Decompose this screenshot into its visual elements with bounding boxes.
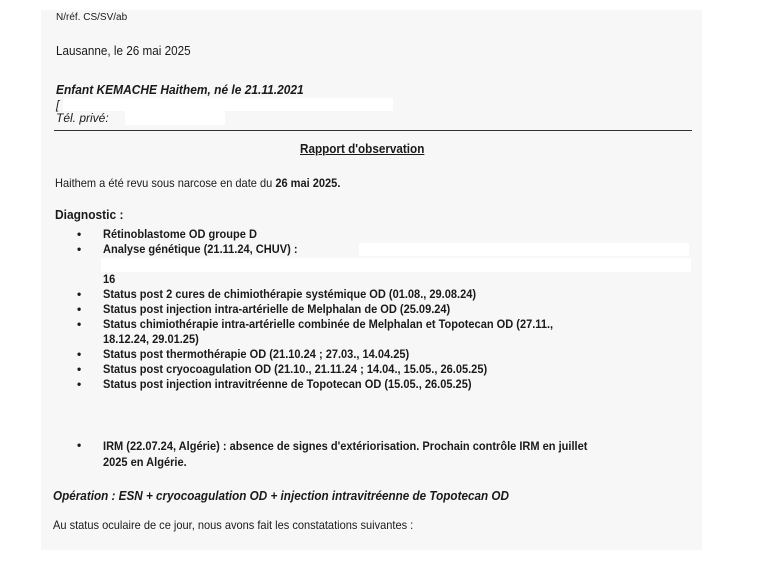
diagnostic-item: •Status post cryocoagulation OD (21.10.,…	[41, 362, 681, 377]
address-line: [	[56, 98, 59, 112]
diagnostic-heading: Diagnostic :	[55, 207, 123, 222]
intro-line: Haithem a été revu sous narcose en date …	[55, 176, 340, 190]
diagnostic-item-text: Rétinoblastome OD groupe D	[103, 227, 257, 242]
bullet-icon: •	[77, 302, 81, 317]
irm-line-1: IRM (22.07.24, Algérie) : absence de sig…	[103, 438, 587, 454]
bullet-icon: •	[77, 377, 81, 392]
diagnostic-item-text: Analyse génétique (21.11.24, CHUV) :	[103, 242, 297, 257]
intro-text: Haithem a été revu sous narcose en date …	[55, 176, 275, 190]
redaction-address	[63, 98, 393, 111]
diagnostic-item-text: Status post 2 cures de chimiothérapie sy…	[103, 287, 476, 302]
bullet-icon: •	[77, 347, 81, 362]
diagnostic-item-text: Status post cryocoagulation OD (21.10., …	[103, 362, 487, 377]
diagnostic-item-text: 18.12.24, 29.01.25)	[103, 332, 199, 347]
phone-label: Tél. privé:	[56, 111, 109, 125]
diagnostic-item-text: Status post injection intra-artérielle d…	[103, 302, 450, 317]
redaction-genetics-2	[101, 258, 691, 272]
header-divider	[54, 130, 692, 131]
irm-line-2: 2025 en Algérie.	[103, 454, 587, 470]
diagnostic-item: •Status chimiothérapie intra-artérielle …	[41, 317, 681, 332]
diagnostic-item-text: Status post thermothérapie OD (21.10.24 …	[103, 347, 409, 362]
intro-date: 26 mai 2025.	[275, 176, 340, 190]
diagnostic-item: •Status post 2 cures de chimiothérapie s…	[41, 287, 681, 302]
place-date: Lausanne, le 26 mai 2025	[56, 43, 191, 58]
bullet-icon: •	[77, 317, 81, 332]
bullet-icon: •	[77, 362, 81, 377]
diagnostic-item: 16	[41, 272, 681, 287]
patient-line: Enfant KEMACHE Haithem, né le 21.11.2021	[56, 82, 304, 97]
status-line: Au status oculaire de ce jour, nous avon…	[53, 518, 413, 532]
bullet-icon: •	[77, 438, 81, 452]
diagnostic-item: •Rétinoblastome OD groupe D	[41, 227, 681, 242]
diagnostic-item-text: Status post injection intravitréenne de …	[103, 377, 472, 392]
diagnostic-item: •Status post thermothérapie OD (21.10.24…	[41, 347, 681, 362]
bullet-icon: •	[77, 242, 81, 257]
bullet-icon: •	[77, 287, 81, 302]
diagnostic-item: •Status post injection intravitréenne de…	[41, 377, 681, 392]
report-title: Rapport d'observation	[300, 141, 424, 156]
reference-line: N/réf. CS/SV/ab	[56, 12, 127, 23]
diagnostic-item-text: 16	[103, 272, 115, 287]
diagnostic-item-text: Status chimiothérapie intra-artérielle c…	[103, 317, 553, 332]
redaction-genetics-1	[359, 243, 689, 256]
operation-line: Opération : ESN + cryocoagulation OD + i…	[53, 488, 509, 503]
diagnostic-item: •Status post injection intra-artérielle …	[41, 302, 681, 317]
diagnostic-item: 18.12.24, 29.01.25)	[41, 332, 681, 347]
irm-text: IRM (22.07.24, Algérie) : absence de sig…	[103, 438, 587, 470]
bullet-icon: •	[77, 227, 81, 242]
redaction-phone	[125, 111, 225, 125]
document-page: N/réf. CS/SV/ab Lausanne, le 26 mai 2025…	[41, 10, 702, 550]
